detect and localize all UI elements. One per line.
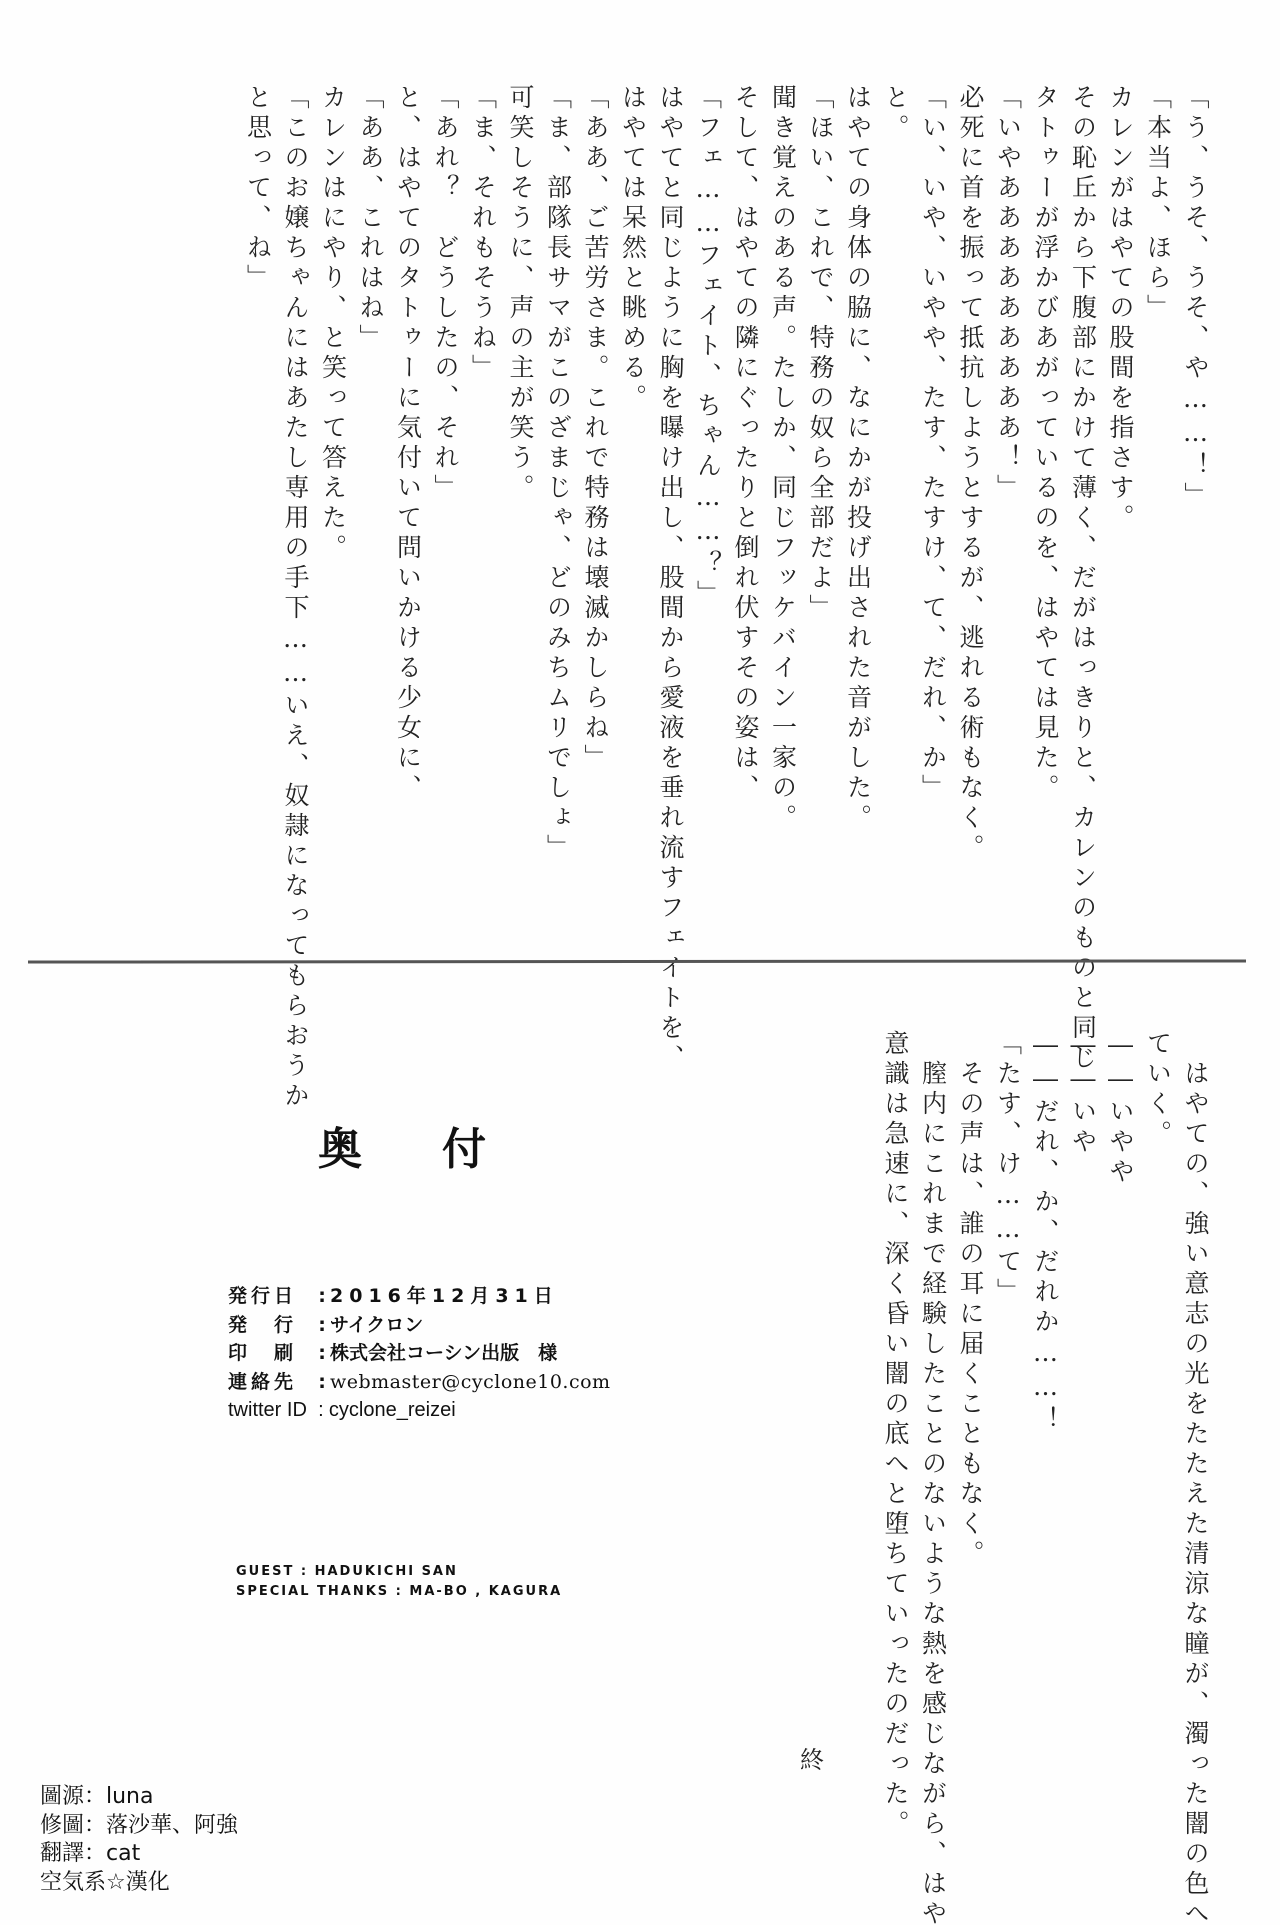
story-column: タトゥーが浮かびあがっているのを、はやては見た。: [1027, 84, 1065, 914]
story-column: と。: [877, 84, 915, 914]
thanks-block: Guest : Hadukichi san Special Thanks : m…: [236, 1562, 562, 1602]
row-separator: :: [314, 1368, 330, 1397]
story-column: はやての身体の脇に、なにかが投げ出された音がした。: [839, 84, 877, 914]
special-thanks-line: Special Thanks : ma-bo , Kagura: [236, 1582, 562, 1602]
story-text-bottom: はやての、強い意志の光をたたえた清涼な瞳が、濁った闇の色へと変色し ていく。 ―…: [877, 1030, 1215, 1870]
story-column: 「ああ、これはね」: [352, 84, 390, 914]
story-column: 「あれ？ どうしたの、それ」: [427, 84, 465, 914]
story-column: ――いやや: [1102, 1030, 1140, 1870]
story-column: はやてと同じように胸を曝け出し、股間から愛液を垂れ流すフェイトを、: [652, 84, 690, 914]
publish-date: 2016年12月31日: [330, 1282, 559, 1311]
story-column: 「本当よ、ほら」: [1139, 84, 1177, 914]
twitter-row: twitter ID : cyclone_reizei: [228, 1396, 611, 1425]
printer: 株式会社コーシン出版 様: [330, 1339, 557, 1368]
scanlation-credits: 圖源：luna 修圖：落沙華、阿強 翻譯：cat 空気系☆漢化: [40, 1783, 238, 1897]
row-label: 発 行: [228, 1311, 314, 1340]
story-column: はやては呆然と眺める。: [614, 84, 652, 914]
story-column: カレンがはやての股間を指さす。: [1102, 84, 1140, 914]
row-separator: :: [314, 1339, 330, 1368]
credit-editing: 修圖：落沙華、阿強: [40, 1812, 238, 1841]
story-text-top: 「う、うそ、うそ、や……！」 「本当よ、ほら」 カレンがはやての股間を指さす。 …: [239, 84, 1214, 914]
twitter-id[interactable]: cyclone_reizei: [329, 1396, 456, 1425]
story-column: 「いやあああああああああ！」: [989, 84, 1027, 914]
story-column: そして、はやての隣にぐったりと倒れ伏すその姿は、: [727, 84, 765, 914]
publish-date-row: 発行日 : 2016年12月31日: [228, 1282, 611, 1311]
story-column: はやての、強い意志の光をたたえた清涼な瞳が、濁った闇の色へと変色し: [1177, 1030, 1215, 1870]
printer-row: 印 刷 : 株式会社コーシン出版 様: [228, 1339, 611, 1368]
story-column: 「ま、部隊長サマがこのざまじゃ、どのみちムリでしょ」: [539, 84, 577, 914]
story-column: その恥丘から下腹部にかけて薄く、だがはっきりと、カレンのものと同じ: [1064, 84, 1102, 914]
story-column: 「ほい、これで、特務の奴ら全部だよ」: [802, 84, 840, 914]
story-column: 可笑しそうに、声の主が笑う。: [502, 84, 540, 914]
story-column: 「フェ……フェイト、ちゃん……？」: [689, 84, 727, 914]
colophon-title: 奥付: [318, 1113, 566, 1177]
publisher: サイクロン: [330, 1311, 423, 1340]
contact-row: 連絡先 : webmaster@cyclone10.com: [228, 1368, 611, 1397]
story-column: と、はやてのタトゥーに気付いて問いかける少女に、: [389, 84, 427, 914]
guest-line: Guest : Hadukichi san: [236, 1562, 562, 1582]
credit-source: 圖源：luna: [40, 1783, 238, 1812]
credit-translation: 翻譯：cat: [40, 1840, 238, 1869]
publisher-row: 発 行 : サイクロン: [228, 1311, 611, 1340]
story-column: 「う、うそ、うそ、や……！」: [1177, 84, 1215, 914]
row-separator: :: [314, 1282, 330, 1311]
story-column: その声は、誰の耳に届くこともなく。: [952, 1030, 990, 1870]
row-label: twitter ID: [228, 1396, 307, 1425]
row-label: 連絡先: [228, 1368, 314, 1397]
story-column: 「たす、け……て」: [989, 1030, 1027, 1870]
story-column: と思って、ね」: [239, 84, 277, 914]
afterword-page: 「う、うそ、うそ、や……！」 「本当よ、ほら」 カレンがはやての股間を指さす。 …: [0, 0, 1280, 1925]
row-label: 印 刷: [228, 1339, 314, 1368]
story-column: カレンはにやり、と笑って答えた。: [314, 84, 352, 914]
story-column: 「ああ、ご苦労さま。これで特務は壊滅かしらね」: [577, 84, 615, 914]
story-column: 「ま、それもそうね」: [464, 84, 502, 914]
story-column: ――いや: [1064, 1030, 1102, 1870]
contact-email[interactable]: webmaster@cyclone10.com: [330, 1368, 611, 1397]
story-column: 聞き覚えのある声。たしか、同じフッケバイン一家の。: [764, 84, 802, 914]
story-column: ――だれ、か、だれか……！: [1027, 1030, 1065, 1870]
story-column: 「い、いや、いやや、たす、たすけ、て、だれ、か」: [914, 84, 952, 914]
story-column: 膣内にこれまで経験したことのないような熱を感じながら、はやての: [914, 1030, 952, 1870]
story-column: 意識は急速に、深く昏い闇の底へと堕ちていったのだった。: [877, 1030, 915, 1870]
story-column: ていく。: [1139, 1030, 1177, 1870]
colophon-info: 発行日 : 2016年12月31日 発 行 : サイクロン 印 刷 : 株式会社…: [228, 1282, 611, 1425]
story-column: 「このお嬢ちゃんにはあたし専用の手下……いえ、奴隷になってもらおうか: [277, 84, 315, 914]
row-label: 発行日: [228, 1282, 314, 1311]
row-separator: :: [314, 1311, 330, 1340]
credit-group: 空気系☆漢化: [40, 1869, 238, 1898]
horizontal-divider: [28, 959, 1246, 963]
row-separator: :: [313, 1396, 329, 1425]
end-mark: 終: [800, 1740, 824, 1775]
story-column: 必死に首を振って抵抗しようとするが、逃れる術もなく。: [952, 84, 990, 914]
